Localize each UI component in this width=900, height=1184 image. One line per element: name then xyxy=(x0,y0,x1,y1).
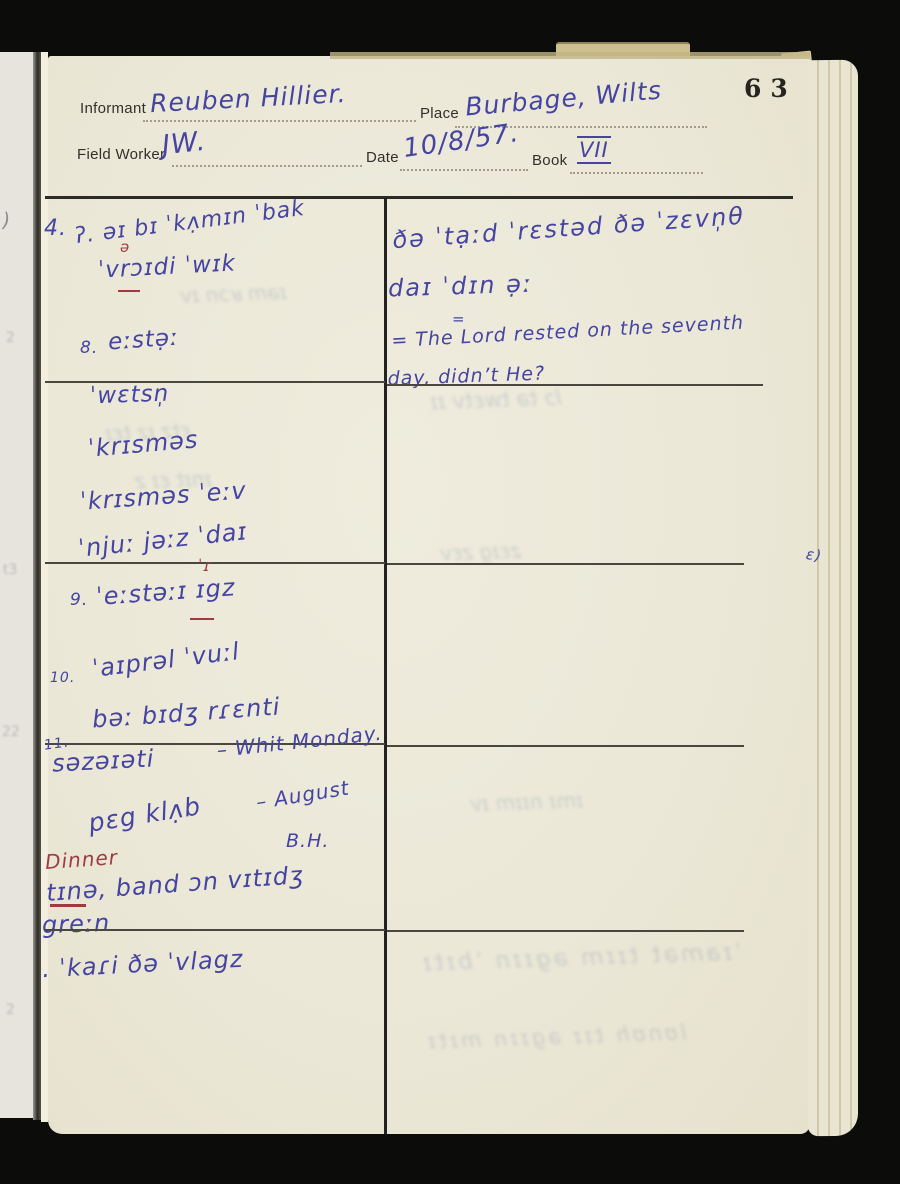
red-correction: Dinner xyxy=(44,845,118,874)
left-strip-pencil-mark: 2 xyxy=(6,330,15,346)
right-edge-ink-mark: ɛ) xyxy=(805,545,823,565)
book-leader-line xyxy=(570,171,703,174)
notebook-scan: ) 2 t3 22 2 63 Informant Place Field Wor… xyxy=(0,0,900,1184)
phonetic-line: daɪ ˈdɪn ə̣ː xyxy=(388,269,534,302)
left-strip-pencil-mark: 22 xyxy=(2,724,20,740)
row-rule xyxy=(45,562,385,564)
place-label: Place xyxy=(420,105,459,122)
row-rule xyxy=(387,384,763,386)
phonetic-line: ˈwɛtsn̩ xyxy=(90,381,170,410)
red-underline xyxy=(50,904,86,907)
field-worker-leader-line xyxy=(172,164,362,167)
field-worker-value: JW. xyxy=(161,126,208,161)
informant-label: Informant xyxy=(80,100,146,117)
book-gutter xyxy=(33,52,41,1120)
item-number: 8. xyxy=(80,338,98,358)
item-number: 10. xyxy=(50,670,75,686)
table-top-rule xyxy=(45,196,793,199)
field-worker-label: Field Worker xyxy=(77,146,165,163)
date-label: Date xyxy=(366,149,399,166)
bleedthrough-text: lɔ tə twɛtv ɪɪ xyxy=(430,386,562,415)
row-rule xyxy=(387,563,744,565)
book-label: Book xyxy=(532,152,567,169)
left-strip-pencil-mark: t3 xyxy=(3,562,17,578)
red-correction: ˈɾ xyxy=(198,556,213,575)
item-number: 9. xyxy=(70,590,88,610)
red-underline xyxy=(118,290,140,292)
row-rule xyxy=(387,745,744,747)
left-strip-pencil-mark: 2 xyxy=(6,1002,15,1018)
bleedthrough-text: ɪmɪ nɪɪm ɪv xyxy=(470,788,584,816)
bleedthrough-text: ɪəm ʁɔn ɪv xyxy=(180,280,288,308)
phonetic-line: səzəɪəti xyxy=(51,744,155,777)
phonetic-line: eːstə̣ː xyxy=(107,325,179,356)
row-rule xyxy=(387,930,744,932)
table-column-divider xyxy=(384,198,387,1134)
informant-leader-line xyxy=(143,119,416,122)
equals-mark: = xyxy=(452,310,466,328)
date-leader-line xyxy=(400,168,528,171)
english-gloss: B.H. xyxy=(286,830,329,852)
red-underline xyxy=(190,618,214,620)
book-value: VII xyxy=(577,136,611,164)
phonetic-line: greːn xyxy=(42,909,111,939)
top-edge-strip xyxy=(330,52,810,59)
page-edge-stack xyxy=(808,60,858,1137)
row-rule xyxy=(45,929,385,931)
page-number: 63 xyxy=(744,74,797,103)
bleedthrough-text: zɛɪg zɛv xyxy=(440,539,522,566)
item-number: 4. xyxy=(44,216,67,241)
red-correction: ə xyxy=(120,238,130,256)
